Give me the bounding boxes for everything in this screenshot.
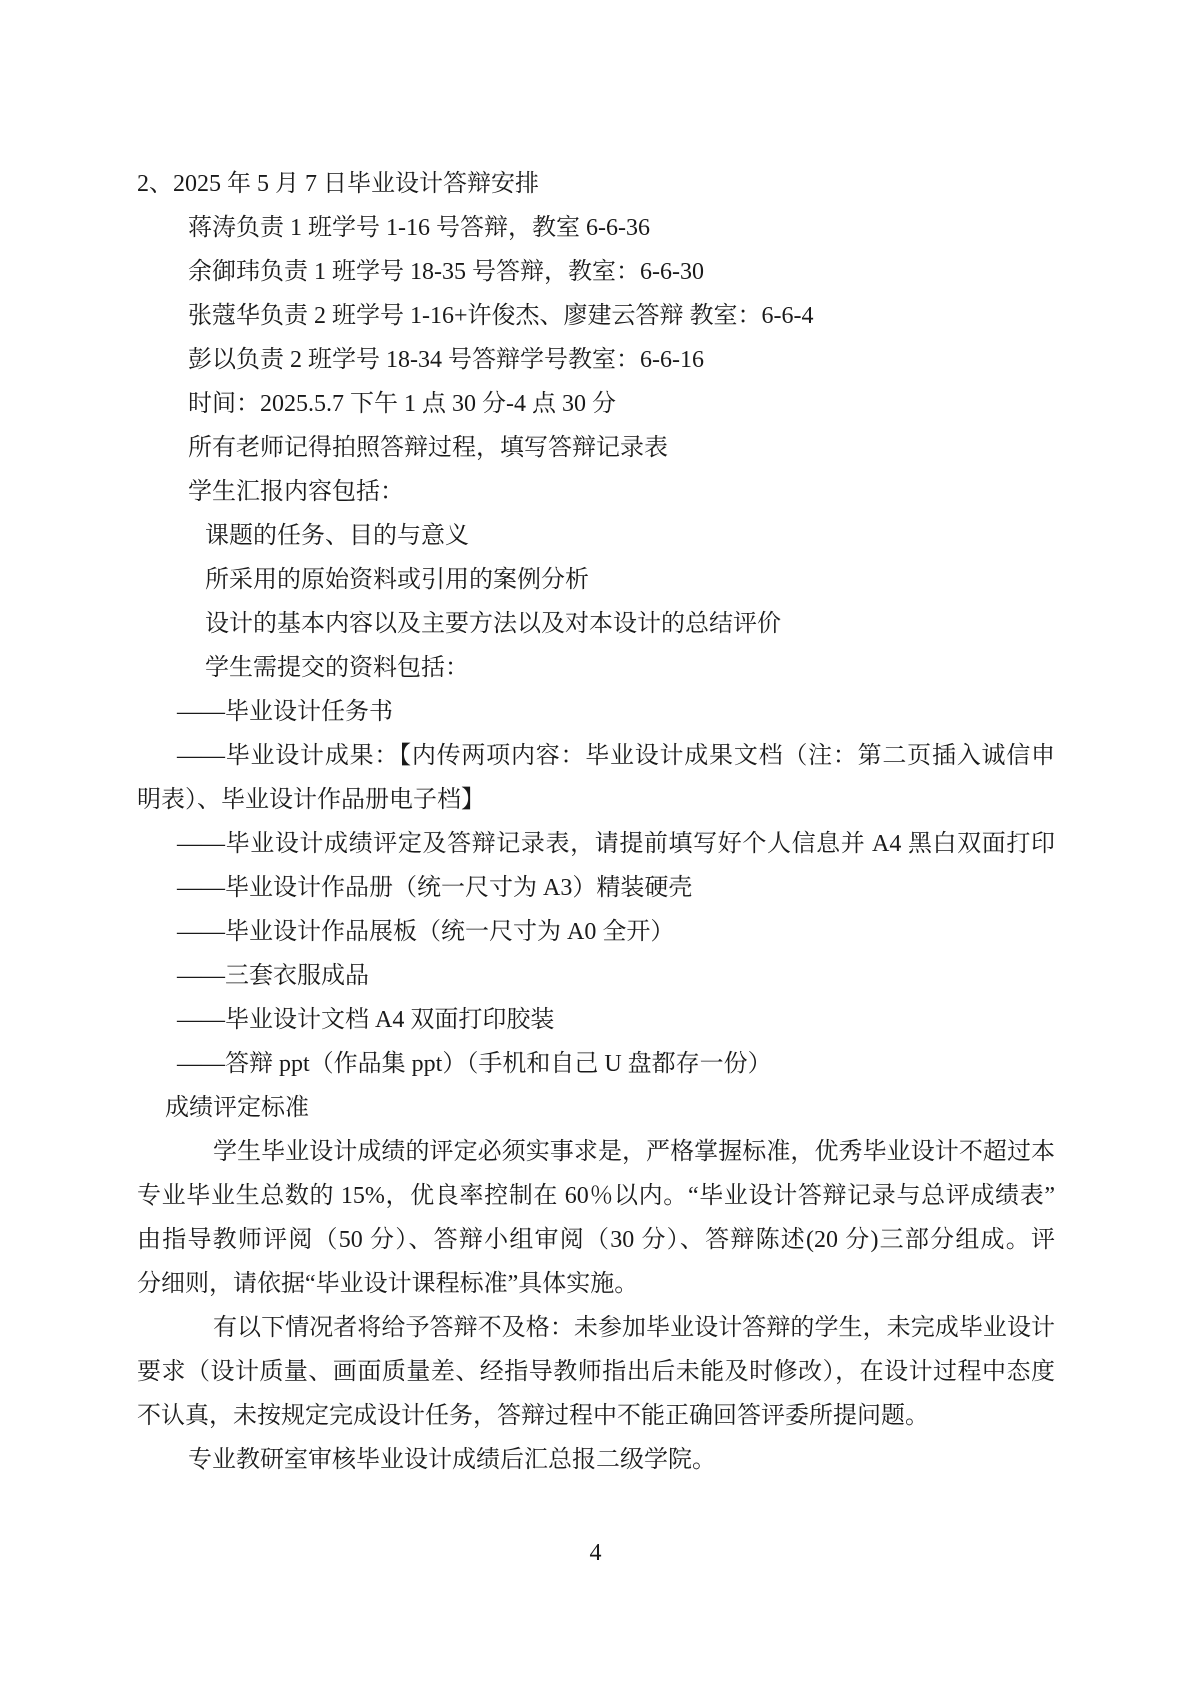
document-line: 学生毕业设计成绩的评定必须实事求是，严格掌握标准，优秀毕业设计不超过本	[137, 1130, 1055, 1174]
document-line: 专业教研室审核毕业设计成绩后汇总报二级学院。	[137, 1438, 1055, 1482]
document-line: 课题的任务、目的与意义	[137, 514, 1055, 558]
document-line: 要求（设计质量、画面质量差、经指导教师指出后未能及时修改），在设计过程中态度	[137, 1350, 1055, 1394]
document-line: 设计的基本内容以及主要方法以及对本设计的总结评价	[137, 602, 1055, 646]
document-line: ——毕业设计作品册（统一尺寸为 A3）精装硬壳	[137, 866, 1055, 910]
document-line: ——三套衣服成品	[137, 954, 1055, 998]
document-line: ——毕业设计成果：【内传两项内容：毕业设计成果文档（注：第二页插入诚信申	[137, 734, 1055, 778]
document-line: 时间：2025.5.7 下午 1 点 30 分-4 点 30 分	[137, 382, 1055, 426]
document-line: 张蔻华负责 2 班学号 1-16+许俊杰、廖建云答辩 教室：6-6-4	[137, 294, 1055, 338]
document-line: 余御玮负责 1 班学号 18-35 号答辩，教室：6-6-30	[137, 250, 1055, 294]
document-line: ——答辩 ppt（作品集 ppt）（手机和自己 U 盘都存一份）	[137, 1042, 1055, 1086]
document-line: 分细则，请依据“毕业设计课程标准”具体实施。	[137, 1262, 1055, 1306]
document-line: 2、2025 年 5 月 7 日毕业设计答辩安排	[137, 162, 1055, 206]
document-line: 专业毕业生总数的 15%，优良率控制在 60％以内。“毕业设计答辩记录与总评成绩…	[137, 1174, 1055, 1218]
document-line: 所有老师记得拍照答辩过程，填写答辩记录表	[137, 426, 1055, 470]
document-line: 有以下情况者将给予答辩不及格：未参加毕业设计答辩的学生，未完成毕业设计	[137, 1306, 1055, 1350]
document-line: 不认真，未按规定完成设计任务，答辩过程中不能正确回答评委所提问题。	[137, 1394, 1055, 1438]
document-line: 学生需提交的资料包括：	[137, 646, 1055, 690]
document-line: 明表）、毕业设计作品册电子档】	[137, 778, 1055, 822]
document-line: 所采用的原始资料或引用的案例分析	[137, 558, 1055, 602]
document-line: 彭以负责 2 班学号 18-34 号答辩学号教室：6-6-16	[137, 338, 1055, 382]
document-line: ——毕业设计任务书	[137, 690, 1055, 734]
document-page: 2、2025 年 5 月 7 日毕业设计答辩安排蒋涛负责 1 班学号 1-16 …	[0, 0, 1191, 1684]
document-line: ——毕业设计文档 A4 双面打印胶装	[137, 998, 1055, 1042]
document-line: 由指导教师评阅（50 分）、答辩小组审阅（30 分）、答辩陈述(20 分)三部分…	[137, 1218, 1055, 1262]
document-line: ——毕业设计作品展板（统一尺寸为 A0 全开）	[137, 910, 1055, 954]
document-line: 成绩评定标准	[137, 1086, 1055, 1130]
document-body: 2、2025 年 5 月 7 日毕业设计答辩安排蒋涛负责 1 班学号 1-16 …	[137, 162, 1055, 1482]
page-number: 4	[0, 1538, 1191, 1568]
document-line: 学生汇报内容包括：	[137, 470, 1055, 514]
document-line: ——毕业设计成绩评定及答辩记录表，请提前填写好个人信息并 A4 黑白双面打印	[137, 822, 1055, 866]
document-line: 蒋涛负责 1 班学号 1-16 号答辩，教室 6-6-36	[137, 206, 1055, 250]
